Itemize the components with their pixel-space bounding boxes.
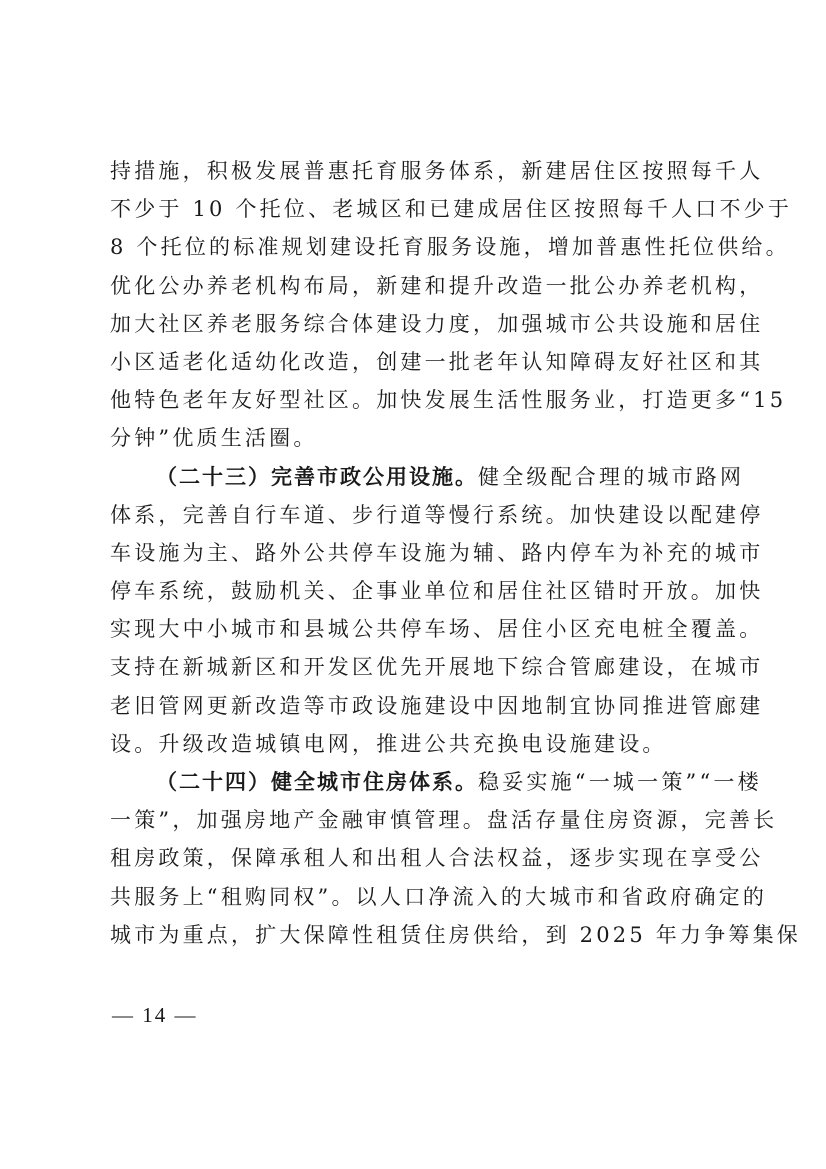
text-line: 支持在新城新区和开发区优先开展地下综合管廊建设，在城市 <box>110 648 714 686</box>
text-line: 加大社区养老服务综合体建设力度，加强城市公共设施和居住 <box>110 305 714 343</box>
text-line: 老旧管网更新改造等市政设施建设中因地制宜协同推进管廊建 <box>110 687 714 725</box>
text-line: 8 个托位的标准规划建设托育服务设施，增加普惠性托位供给。 <box>110 228 714 266</box>
page-number: — 14 — <box>112 1003 198 1028</box>
text-line: 车设施为主、路外公共停车设施为辅、路内停车为补充的城市 <box>110 534 714 572</box>
section-23-first-line: （二十三）完善市政公用设施。健全级配合理的城市路网 <box>110 458 714 496</box>
text-line: 租房政策，保障承租人和出租人合法权益，逐步实现在享受公 <box>110 839 714 877</box>
text-line: 分钟”优质生活圈。 <box>110 419 714 457</box>
text-line: 体系，完善自行车道、步行道等慢行系统。加快建设以配建停 <box>110 496 714 534</box>
text-line: 一策”，加强房地产金融审慎管理。盘活存量住房资源，完善长 <box>110 801 714 839</box>
body-text: 持措施，积极发展普惠托育服务体系，新建居住区按照每千人 不少于 10 个托位、老… <box>110 152 714 954</box>
text-line: 设。升级改造城镇电网，推进公共充换电设施建设。 <box>110 725 714 763</box>
section-heading-23: （二十三）完善市政公用设施。 <box>156 464 478 489</box>
text-line: 停车系统，鼓励机关、企事业单位和居住社区错时开放。加快 <box>110 572 714 610</box>
text-line: 实现大中小城市和县城公共停车场、居住小区充电桩全覆盖。 <box>110 610 714 648</box>
text-line: 不少于 10 个托位、老城区和已建成居住区按照每千人口不少于 <box>110 190 714 228</box>
text-line: 小区适老化适幼化改造，创建一批老年认知障碍友好社区和其 <box>110 343 714 381</box>
text-line: 他特色老年友好型社区。加快发展生活性服务业，打造更多“15 <box>110 381 714 419</box>
text-line: 共服务上“租购同权”。以人口净流入的大城市和省政府确定的 <box>110 878 714 916</box>
text-line: 优化公办养老机构布局，新建和提升改造一批公办养老机构， <box>110 267 714 305</box>
section-text: 稳妥实施“一城一策”“一楼 <box>478 770 762 794</box>
text-line: 城市为重点，扩大保障性租赁住房供给，到 2025 年力争筹集保 <box>110 916 714 954</box>
section-heading-24: （二十四）健全城市住房体系。 <box>156 769 478 794</box>
document-page: 持措施，积极发展普惠托育服务体系，新建居住区按照每千人 不少于 10 个托位、老… <box>0 0 826 1169</box>
section-24-first-line: （二十四）健全城市住房体系。稳妥实施“一城一策”“一楼 <box>110 763 714 801</box>
section-text: 健全级配合理的城市路网 <box>478 465 744 489</box>
text-line: 持措施，积极发展普惠托育服务体系，新建居住区按照每千人 <box>110 152 714 190</box>
